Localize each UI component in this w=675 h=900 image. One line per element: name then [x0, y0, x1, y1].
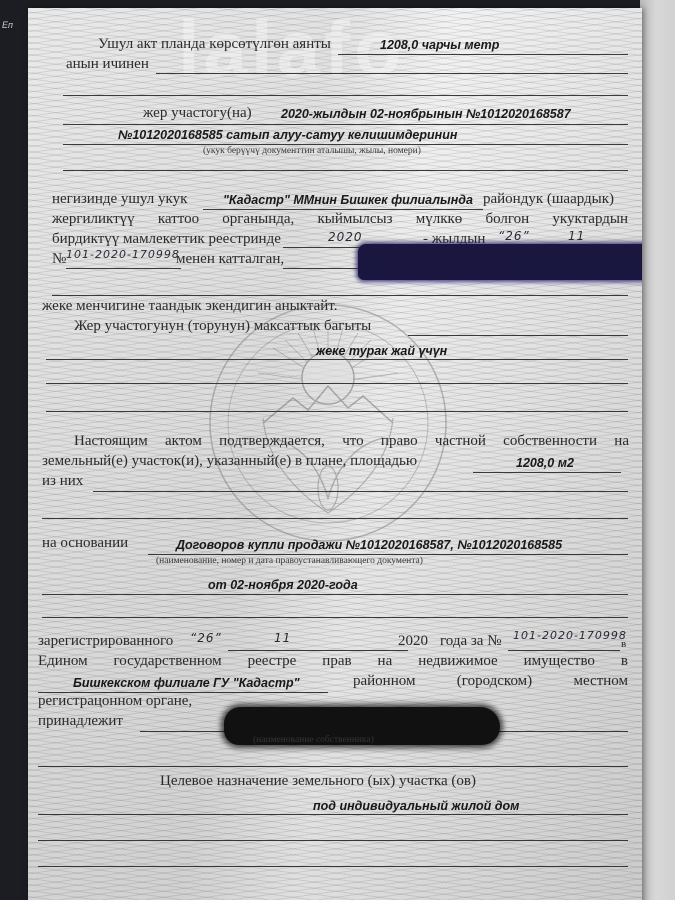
ru-basis-caption: (наименование, номер и дата правоустанав… — [156, 556, 423, 566]
corner-label: Еп — [2, 20, 13, 30]
kg-basis-tail: райондук (шаардык) — [483, 191, 614, 208]
ru-purpose-title: Целевое назначение земельного (ых) участ… — [160, 773, 476, 790]
ru-registered-year: 2020 — [398, 633, 428, 650]
ru-registry-line: Едином государственном реестре прав на н… — [38, 653, 628, 670]
kg-registry-month: 11 — [568, 229, 585, 243]
ru-organ-line: регистрацонном органе, — [38, 693, 192, 710]
kg-reg-no: 101-2020-170998 — [66, 248, 180, 261]
kg-reg-suffix: менен катталган, — [176, 251, 284, 268]
kg-registry-year-hand: 2020 — [328, 230, 363, 244]
ru-registered-in: в — [621, 638, 626, 650]
ru-office-value: Бишкекском филиале ГУ "Кадастр" — [73, 676, 300, 690]
kg-area-value: 1208,0 чарчы метр — [380, 38, 499, 52]
kg-plot-label: жер участогу(на) — [143, 105, 252, 122]
kg-purpose-label: Жер участогунун (торунун) максаттык багы… — [74, 318, 371, 335]
kg-basis-value: "Кадастр" ММнин Бишкек филиалында — [223, 193, 473, 207]
ru-office-tail: районном (городском) местном — [353, 673, 628, 690]
ru-confirm-line-1: Настоящим актом подтверждается, что прав… — [74, 433, 629, 450]
kg-area-label: Ушул акт планда көрсөтүлгөн аянты — [98, 36, 331, 53]
ru-registered-day: “26” — [190, 631, 222, 645]
land-act-page: lalafo Ушул акт планда көрсөтүлгөн аянты… — [28, 8, 642, 900]
ru-registered-label: зарегистрированного — [38, 633, 173, 650]
ru-owner-caption: (наименование собственника) — [253, 735, 374, 745]
kg-purpose-value: жеке турак жай үчүн — [316, 344, 447, 358]
kg-doc-value-2: №1012020168585 сатып алуу-сатуу келишимд… — [118, 128, 457, 142]
kg-ownership-line: жеке менчигине таандык экендигин аныктай… — [42, 298, 337, 315]
kg-registry-label: бирдиктүү мамлекеттик реестринде — [52, 231, 281, 248]
ru-belongs-label: принадлежит — [38, 713, 123, 730]
ru-registered-year-suffix: года за № — [440, 633, 502, 650]
kg-registry-day: “26” — [498, 229, 530, 243]
ru-area-value: 1208,0 м2 — [516, 456, 574, 470]
ru-of-them-label: из них — [42, 473, 83, 490]
ru-registered-no: 101-2020-170998 — [513, 629, 627, 642]
kg-reg-no-prefix: № — [52, 251, 66, 268]
kg-registry-line: жергиликтүү каттоо органында, кыймылсыз … — [52, 211, 628, 228]
ru-registered-month: 11 — [274, 631, 291, 645]
kg-doc-value-1: 2020-жылдын 02-ноябрынын №1012020168587 — [281, 107, 571, 121]
kg-doc-caption: (укук берүүчү документтин аталышы, жылы,… — [203, 146, 421, 156]
kg-basis-label: негизинде ушул укук — [52, 191, 187, 208]
registration-holder-redaction — [358, 244, 642, 280]
ru-purpose-value: под индивидуальный жилой дом — [313, 799, 519, 813]
ru-basis-label: на основании — [42, 535, 128, 552]
ru-basis-date: от 02-ноября 2020-года — [208, 578, 358, 592]
adjacent-page-edge — [640, 0, 675, 900]
kg-of-them-label: анын ичинен — [66, 56, 149, 73]
ru-basis-value: Договоров купли продажи №1012020168587, … — [176, 538, 562, 552]
ru-confirm-line-2: земельный(е) участок(и), указанный(е) в … — [42, 453, 417, 470]
